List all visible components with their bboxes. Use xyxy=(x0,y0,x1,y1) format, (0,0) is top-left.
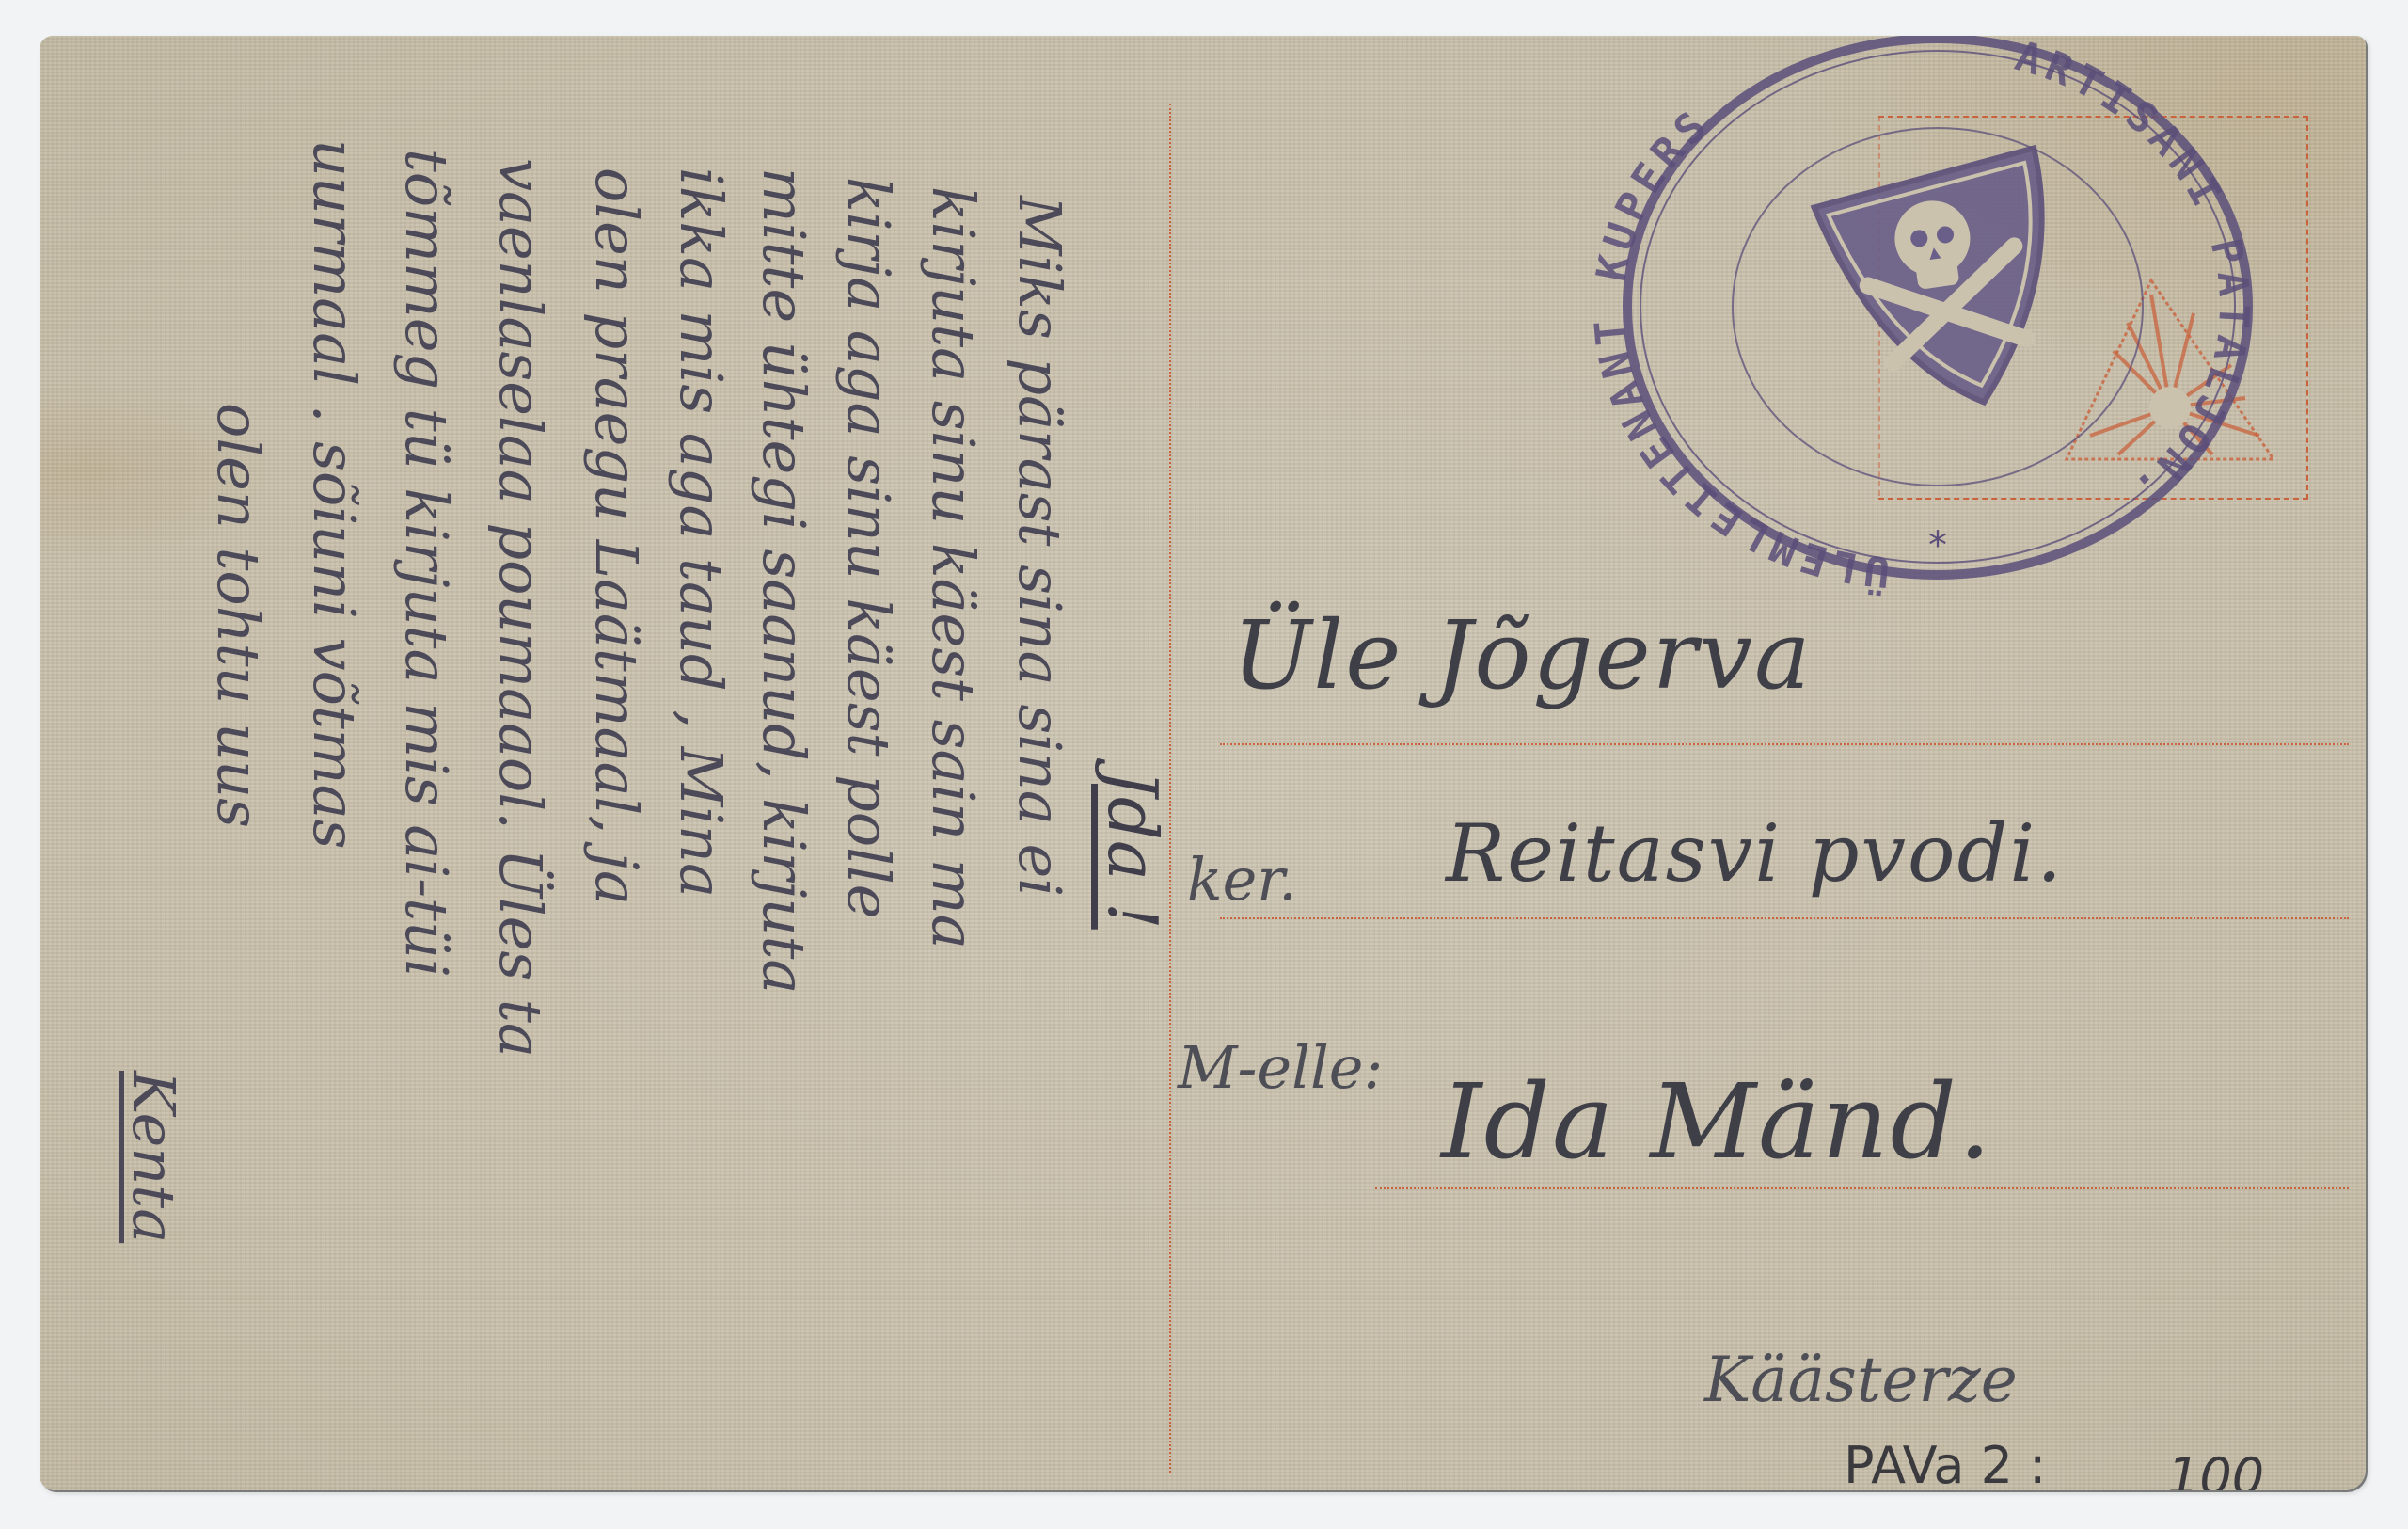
message-line: uurmaal . sõiuni võtmas xyxy=(305,139,363,849)
archive-number: 100 xyxy=(2167,1447,2264,1490)
message-line: mitte ühtegi saanud, kirjuta xyxy=(754,167,813,994)
seal-star: * xyxy=(1928,524,1947,567)
message-greeting: Jda ! xyxy=(1093,770,1172,930)
postcard: Jda ! Miks pärast sina sina ei kirjuta s… xyxy=(40,36,2366,1490)
address-place-line: Käästerze xyxy=(1704,1344,2018,1416)
message-area: Jda ! Miks pärast sina sina ei kirjuta s… xyxy=(96,167,1112,1466)
address-name-line: Ida Mänd. xyxy=(1441,1061,1993,1182)
message-line: ikka mis aga taud , Mina xyxy=(672,167,730,898)
seal-text-right: ARTISANI PATALJON. xyxy=(2010,36,2257,517)
address-line-3 xyxy=(1375,1187,2349,1189)
message-line: olen praegu Laätmaal, ja xyxy=(587,167,645,905)
address-line-1 xyxy=(1220,743,2349,745)
unit-seal: ÜLEMLEITENANT KUPERS ARTISANI PATALJON. … xyxy=(1618,36,2257,577)
message-line: tõmmeg tü kirjuta mis ai-tüi xyxy=(397,149,455,978)
skull-and-crossbones-icon xyxy=(1810,148,2068,422)
message-line: olen tohtu uus xyxy=(209,403,267,828)
center-divider-line xyxy=(1169,104,1171,1473)
svg-text:ARTISANI PATALJON.: ARTISANI PATALJON. xyxy=(2010,36,2257,517)
message-line: Miks pärast sina sina ei xyxy=(1010,196,1069,897)
address-prefix-melle: M-elle: xyxy=(1178,1033,1383,1102)
seal-graphic: ÜLEMLEITENANT KUPERS ARTISANI PATALJON. … xyxy=(1618,36,2257,577)
address-prefix-ker: ker. xyxy=(1187,845,1297,914)
archive-reference: PAVa 2 : xyxy=(1844,1436,2046,1490)
message-line: kirja aga sinu käest polle xyxy=(839,177,897,919)
message-line: kirjuta sinu käest sain ma xyxy=(924,186,982,949)
address-street-line: Reitasvi pvodi. xyxy=(1446,807,2064,900)
address-line-2 xyxy=(1220,917,2349,919)
address-recipient-line: Üle Jõgerva xyxy=(1232,600,1813,710)
message-signature: Kenta xyxy=(124,1071,182,1243)
message-line: vaenlaselaa poumaaol. Üles ta xyxy=(491,158,549,1058)
